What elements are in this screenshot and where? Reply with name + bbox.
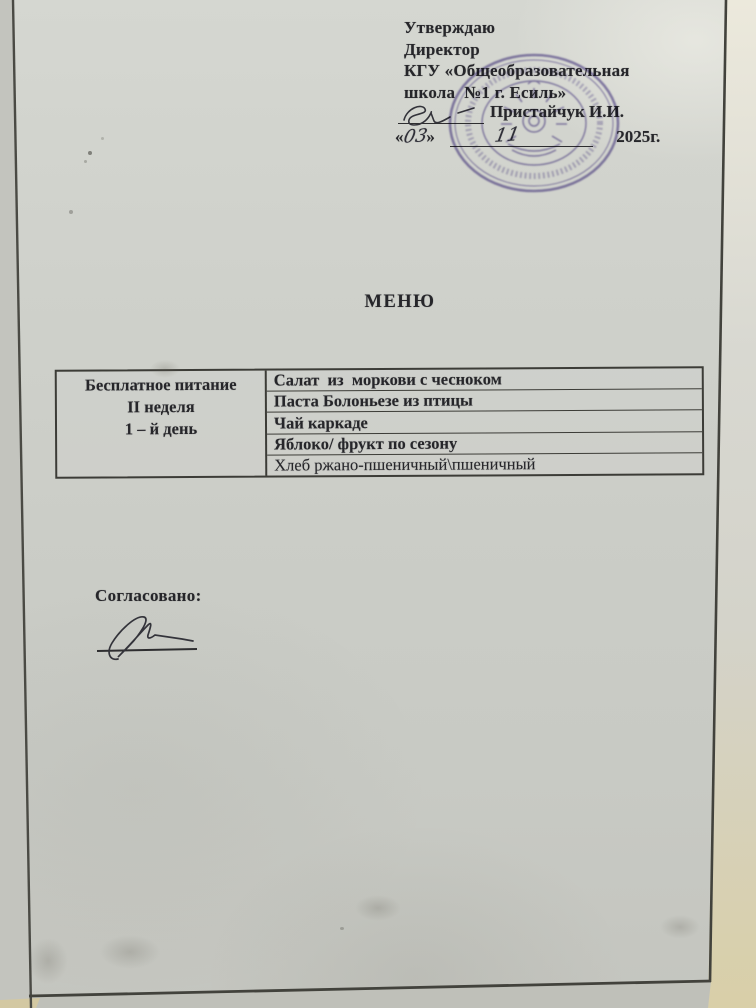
- menu-dishes-column: Салат из моркови с чесноком Паста Болонь…: [267, 368, 703, 475]
- dish-name: Чай каркаде: [274, 413, 368, 433]
- dust-speck: [88, 151, 92, 155]
- dust-speck: [84, 160, 87, 163]
- dish-name: Яблоко/ фрукт по сезону: [274, 433, 457, 454]
- approval-line-1: Утверждаю: [404, 17, 630, 39]
- dish-name: Паста Болоньезе из птицы: [274, 391, 473, 412]
- dish-row: Чай каркаде: [267, 411, 702, 434]
- dust-speck: [69, 210, 73, 214]
- round-school-stamp-icon: [442, 50, 628, 200]
- smudge-mark: [150, 360, 180, 378]
- dish-row: Хлеб ржано-пшеничный\пшеничный: [267, 453, 702, 475]
- agreed-signature-icon: [90, 603, 220, 665]
- dust-speck: [101, 137, 104, 140]
- dust-speck: [340, 927, 344, 930]
- background-surface-right: [708, 0, 756, 1008]
- info-line-2: II неделя: [57, 396, 265, 419]
- document-photo: Утверждаю Директор КГУ «Общеобразователь…: [0, 0, 756, 1008]
- smudge-mark: [660, 915, 700, 939]
- info-line-3: 1 – й день: [57, 418, 265, 441]
- dish-name: Хлеб ржано-пшеничный\пшеничный: [274, 454, 535, 475]
- dish-row: Салат из моркови с чесноком: [267, 368, 702, 391]
- dish-name: Салат из моркови с чесноком: [274, 369, 502, 390]
- smudge-mark: [355, 895, 401, 921]
- dish-row: Паста Болоньезе из птицы: [267, 390, 702, 413]
- page-title: МЕНЮ: [0, 292, 756, 313]
- menu-info-cell: Бесплатное питание II неделя 1 – й день: [57, 371, 268, 477]
- smudge-mark: [28, 938, 68, 984]
- menu-table: Бесплатное питание II неделя 1 – й день …: [55, 366, 705, 478]
- dish-row: Яблоко/ фрукт по сезону: [267, 432, 702, 455]
- smudge-mark: [100, 935, 160, 969]
- date-day-handwritten: 03: [401, 125, 428, 148]
